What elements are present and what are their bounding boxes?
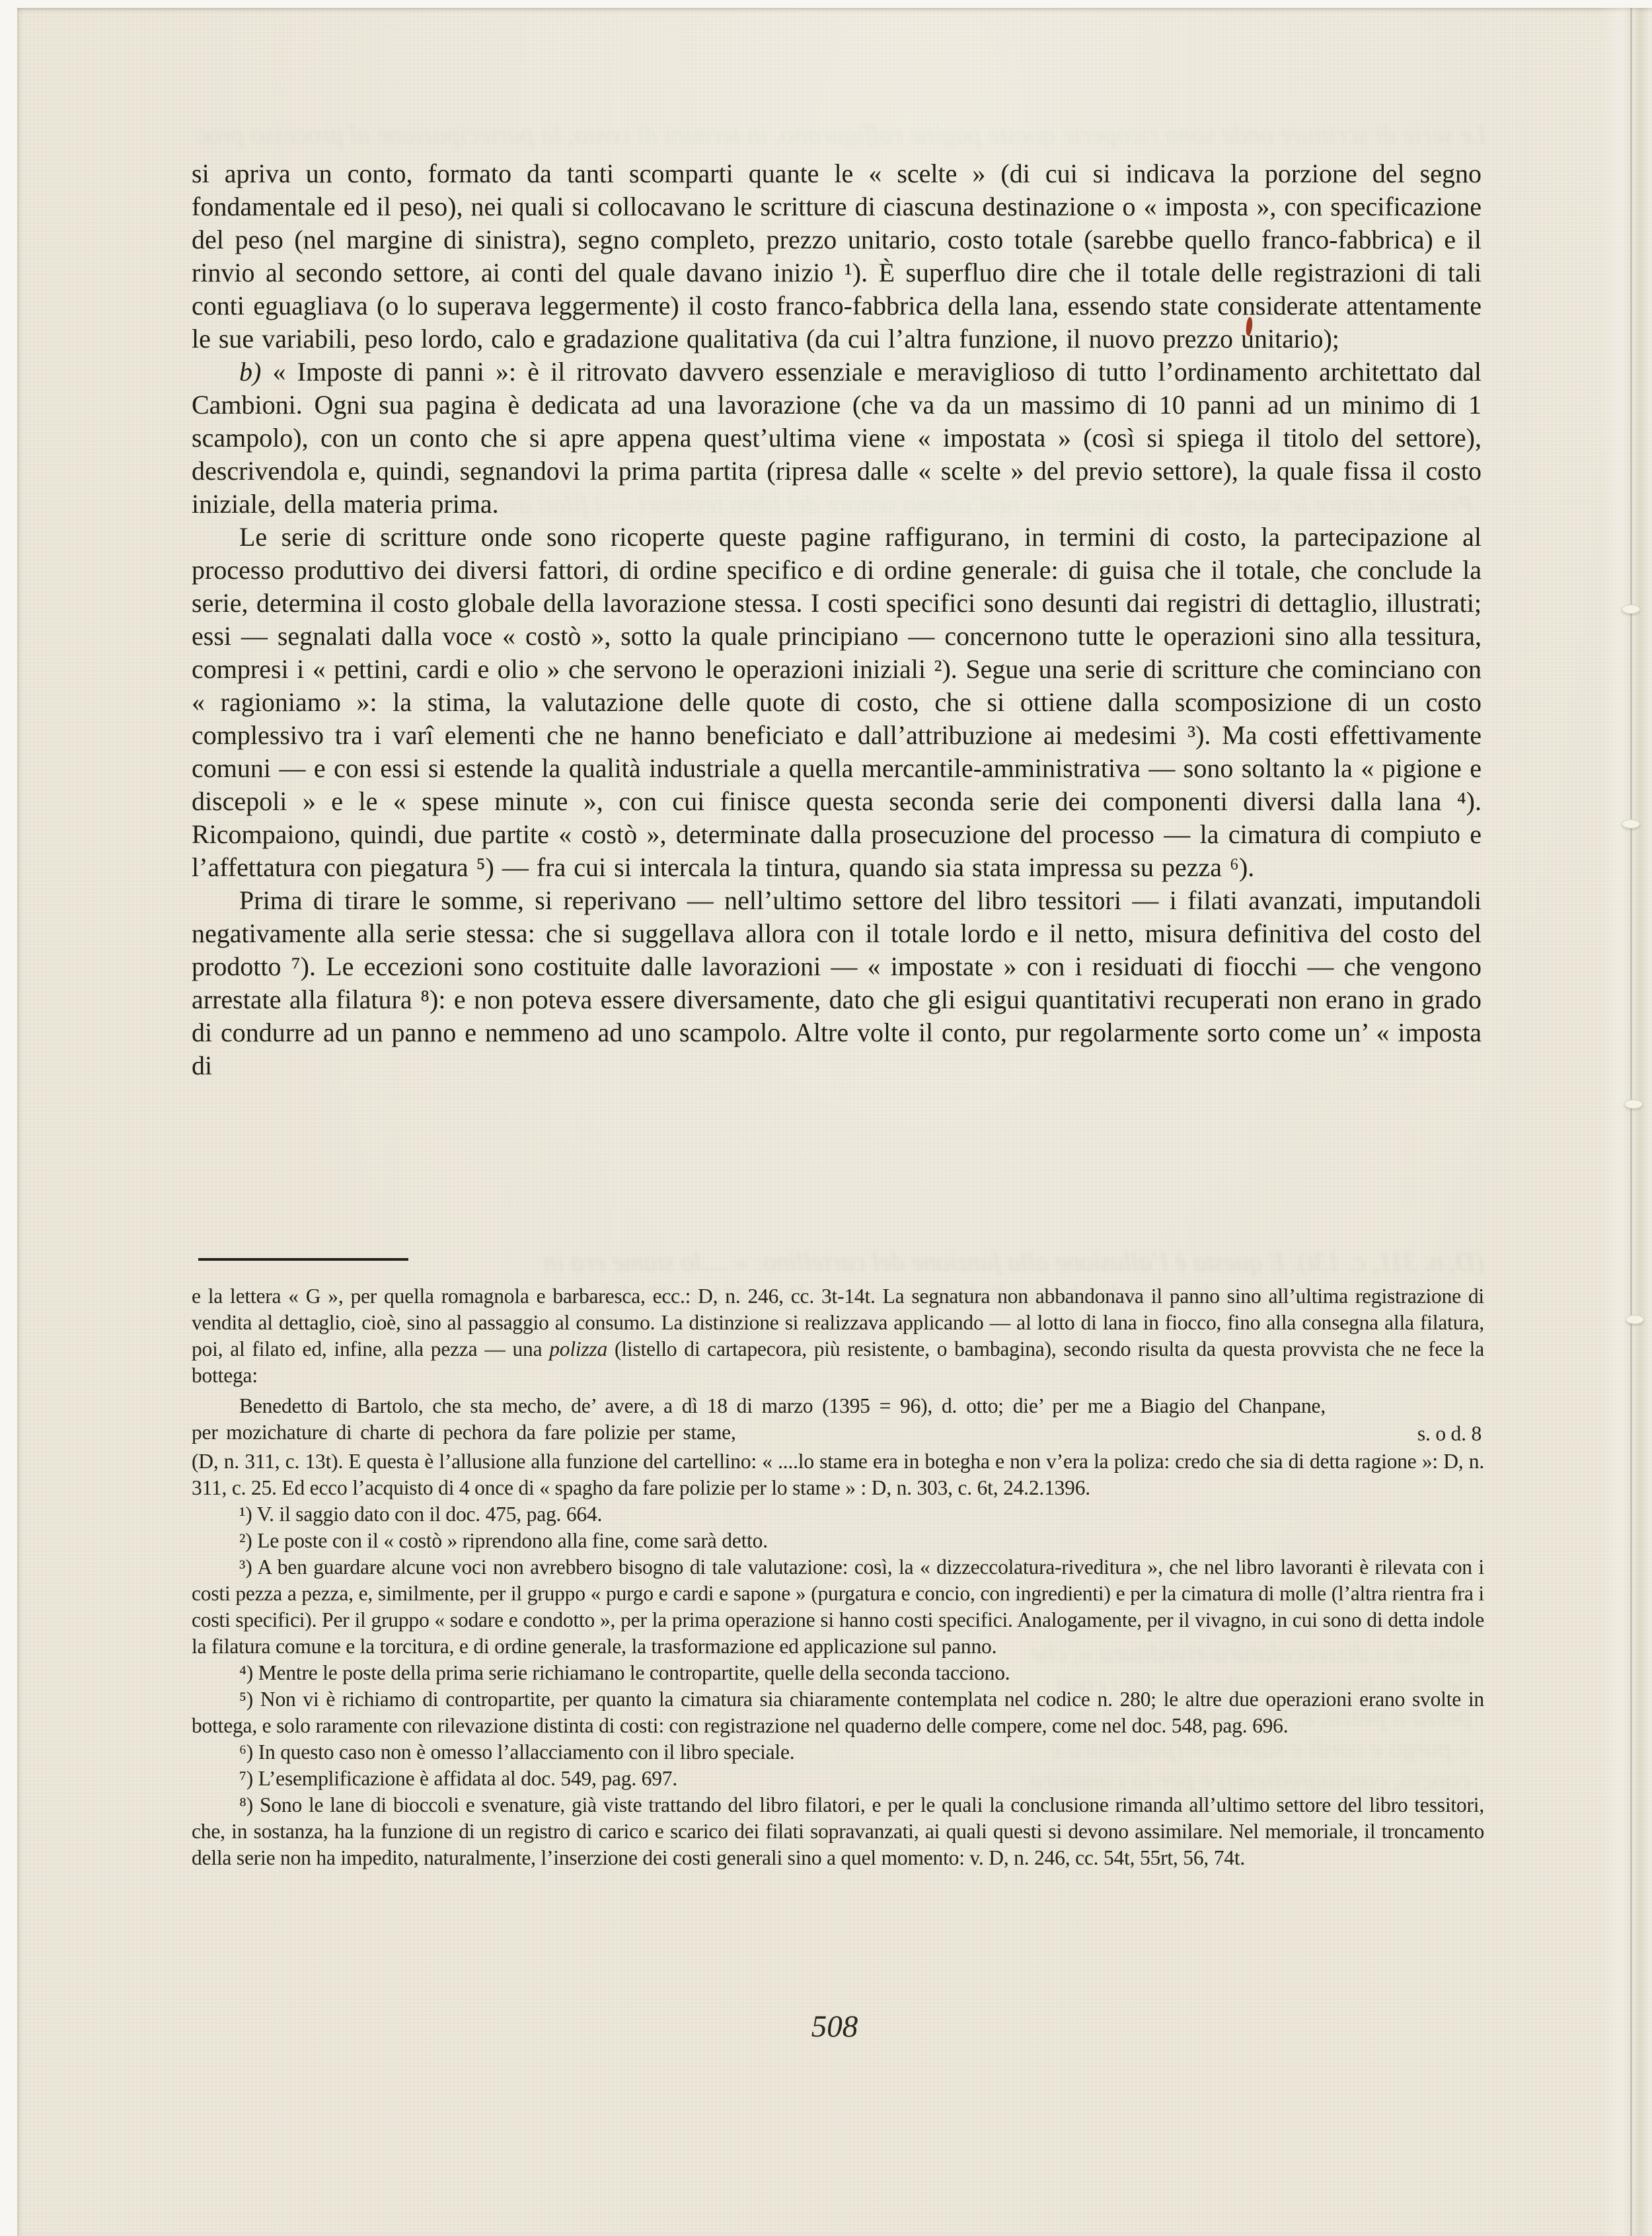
binding-stitch bbox=[1622, 605, 1640, 614]
paragraph-2: b) « Imposte di panni »: è il ritrovato … bbox=[192, 355, 1482, 521]
footnote-5: ⁵) Non vi è richiamo di contropartite, p… bbox=[192, 1686, 1484, 1739]
archival-quote-text: Benedetto di Bartolo, che sta mecho, de’… bbox=[192, 1393, 1484, 1446]
book-page: Le serie di scritture onde sono ricopert… bbox=[17, 8, 1652, 2236]
footnote-6: ⁶) In questo caso non è omesso l’allacci… bbox=[192, 1739, 1484, 1766]
paragraph-2-text: « Imposte di panni »: è il ritrovato dav… bbox=[192, 357, 1482, 519]
footnote-7: ⁷) L’esemplificazione è affidata al doc.… bbox=[192, 1766, 1484, 1792]
binding-stitch bbox=[1624, 1099, 1643, 1109]
page-fold-line bbox=[1630, 8, 1632, 2236]
footnote-1: ¹) V. il saggio dato con il doc. 475, pa… bbox=[192, 1501, 1484, 1528]
paragraph-2-lead-italic: b) bbox=[239, 357, 261, 387]
footnote-4: ⁴) Mentre le poste della prima serie ric… bbox=[192, 1660, 1484, 1686]
paragraph-1: si apriva un conto, formato da tanti sco… bbox=[192, 157, 1482, 355]
footnote-8: ⁸) Sono le lane di bioccoli e svenature,… bbox=[192, 1792, 1484, 1871]
footnote-3: ³) A ben guardare alcune voci non avrebb… bbox=[192, 1554, 1484, 1660]
footnote-2: ²) Le poste con il « costò » riprendono … bbox=[192, 1528, 1484, 1554]
footnote-continuation: e la lettera « G », per quella romagnola… bbox=[192, 1283, 1484, 1389]
paragraph-3: Le serie di scritture onde sono ricopert… bbox=[192, 521, 1482, 884]
binding-stitch bbox=[1622, 819, 1640, 829]
page-number: 508 bbox=[17, 2009, 1652, 2044]
show-through-text: Le serie di scritture onde sono ricopert… bbox=[198, 119, 1487, 153]
footnote-after-quote: (D, n. 311, c. 13t). E questa è l’allusi… bbox=[192, 1448, 1484, 1501]
footnote-separator-rule bbox=[198, 1258, 408, 1261]
paragraph-4: Prima di tirare le somme, si reperivano … bbox=[192, 884, 1482, 1082]
archival-quote-amount: s. o d. 8 bbox=[1417, 1421, 1482, 1447]
page-fold-edge bbox=[1600, 8, 1652, 2236]
footnotes: e la lettera « G », per quella romagnola… bbox=[192, 1283, 1484, 1871]
body-text: si apriva un conto, formato da tanti sco… bbox=[192, 157, 1482, 1082]
archival-quote: Benedetto di Bartolo, che sta mecho, de’… bbox=[192, 1393, 1484, 1446]
footnote-continuation-italic: polizza bbox=[549, 1337, 607, 1360]
binding-stitch bbox=[1626, 1315, 1644, 1324]
